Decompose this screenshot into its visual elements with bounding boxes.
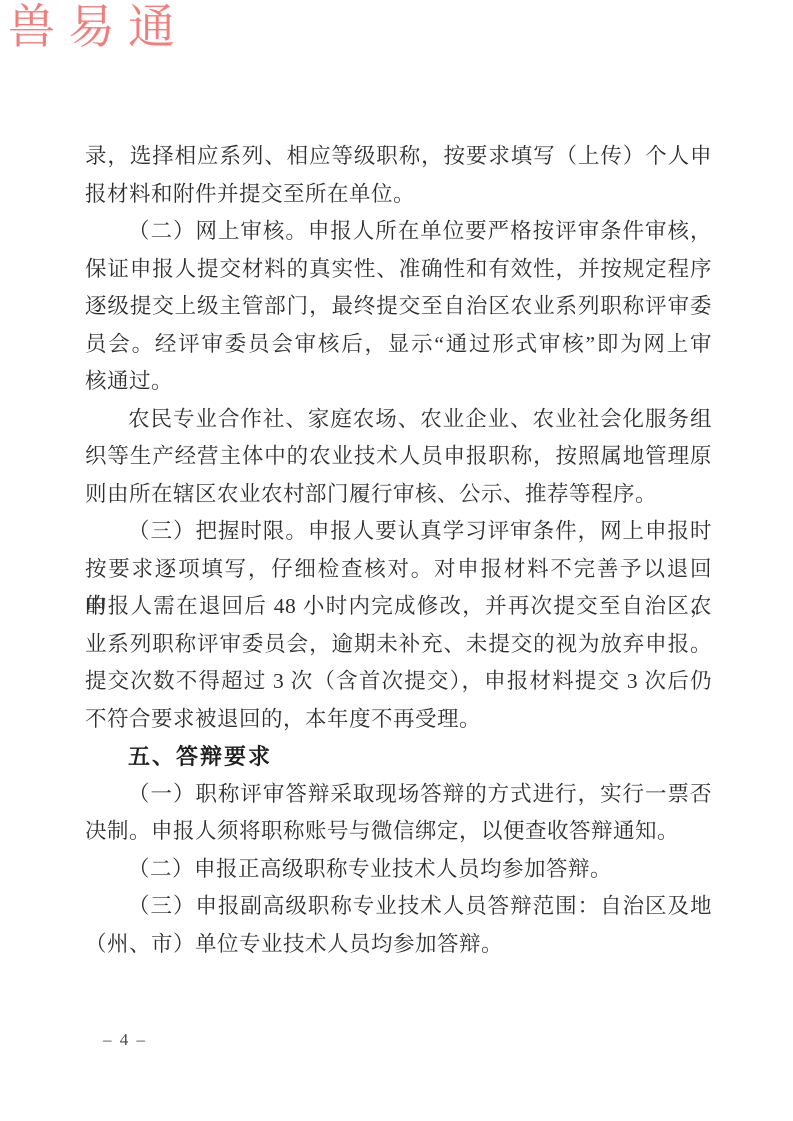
text-line: （二）网上审核。申报人所在单位要严格按评审条件审核， <box>85 213 712 251</box>
text-line: 不符合要求被退回的，本年度不再受理。 <box>85 701 712 739</box>
text-line: 决制。申报人须将职称账号与微信绑定，以便查收答辩通知。 <box>85 813 712 851</box>
text-line: 织等生产经营主体中的农业技术人员申报职称，按照属地管理原 <box>85 438 712 476</box>
text-line: 则由所在辖区农业农村部门履行审核、公示、推荐等程序。 <box>85 476 712 514</box>
page-number: – 4 – <box>103 1030 147 1050</box>
section-heading: 五、答辩要求 <box>85 738 712 776</box>
text-line: 核通过。 <box>85 363 712 401</box>
text-line: 业系列职称评审委员会，逾期未补充、未提交的视为放弃申报。 <box>85 626 712 664</box>
text-line: 提交次数不得超过 3 次（含首次提交），申报材料提交 3 次后仍 <box>85 663 712 701</box>
watermark-logo-text: 兽易通 <box>8 0 188 56</box>
text-line: 按要求逐项填写，仔细检查核对。对申报材料不完善予以退回的， <box>85 551 712 589</box>
text-line: 农民专业合作社、家庭农场、农业企业、农业社会化服务组 <box>85 401 712 439</box>
document-page: 兽易通 录，选择相应系列、相应等级职称，按要求填写（上传）个人申 报材料和附件并… <box>0 0 793 1121</box>
text-line: （州、市）单位专业技术人员均参加答辩。 <box>85 926 712 964</box>
text-line: （三）把握时限。申报人要认真学习评审条件，网上申报时 <box>85 513 712 551</box>
text-line: 逐级提交上级主管部门，最终提交至自治区农业系列职称评审委 <box>85 288 712 326</box>
text-line: 报材料和附件并提交至所在单位。 <box>85 176 712 214</box>
text-line: 员会。经评审委员会审核后，显示“通过形式审核”即为网上审 <box>85 326 712 364</box>
text-line: （一）职称评审答辩采取现场答辩的方式进行，实行一票否 <box>85 776 712 814</box>
text-line: 录，选择相应系列、相应等级职称，按要求填写（上传）个人申 <box>85 138 712 176</box>
text-line: 申报人需在退回后 48 小时内完成修改，并再次提交至自治区农 <box>85 588 712 626</box>
text-line: （二）申报正高级职称专业技术人员均参加答辩。 <box>85 851 712 889</box>
document-body: 录，选择相应系列、相应等级职称，按要求填写（上传）个人申 报材料和附件并提交至所… <box>85 138 712 963</box>
text-line: 保证申报人提交材料的真实性、准确性和有效性，并按规定程序 <box>85 251 712 289</box>
text-line: （三）申报副高级职称专业技术人员答辩范围：自治区及地 <box>85 888 712 926</box>
